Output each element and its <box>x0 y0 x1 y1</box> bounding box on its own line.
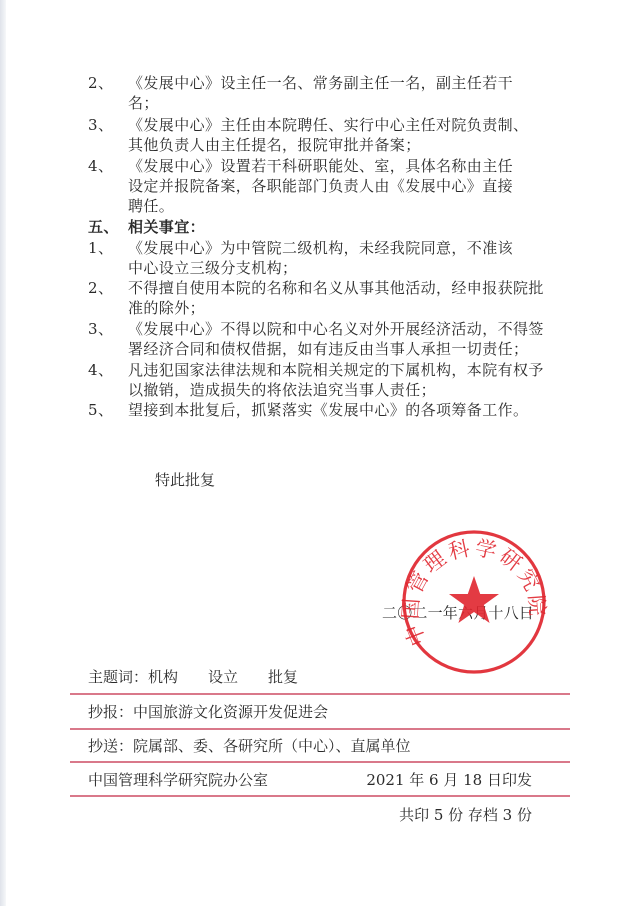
item-text: 望接到本批复后，抓紧落实《发展中心》的各项筹备工作。 <box>128 400 528 420</box>
item-text: 《发展中心》设置若干科研职能处、室，具体名称由主任 <box>128 156 513 176</box>
item-number: 2、 <box>88 73 113 93</box>
item-text: 聘任。 <box>128 196 174 216</box>
item-text: 不得擅自使用本院的名称和名义从事其他活动，经申报获院批 <box>128 278 544 298</box>
item-text: 《发展中心》为中管院二级机构，未经我院同意，不准该 <box>128 238 513 258</box>
footer-rule <box>70 693 570 695</box>
item-number: 3、 <box>88 115 113 135</box>
official-seal-stamp: 中国管理科学研究院 <box>400 528 548 676</box>
item-text: 其他负责人由主任提名，报院审批并备案； <box>128 135 421 155</box>
seal-text: 中国管理科学研究院 <box>400 536 548 650</box>
item-text: 凡违犯国家法律法规和本院相关规定的下属机构，本院有权予 <box>128 360 544 380</box>
item-number: 1、 <box>88 238 113 258</box>
item-text: 设定并报院备案，各职能部门负责人由《发展中心》直接 <box>128 176 513 196</box>
item-number: 2、 <box>88 278 113 298</box>
item-number: 4、 <box>88 360 113 380</box>
item-text: 以撤销，造成损失的将依法追究当事人责任； <box>128 380 436 400</box>
item-number: 5、 <box>88 400 113 420</box>
item-text: 名； <box>128 93 159 113</box>
scan-page-edge <box>0 0 6 906</box>
footer-rule <box>70 761 570 763</box>
item-text: 准的除外； <box>128 298 205 318</box>
issuer: 中国管理科学研究院办公室 <box>88 770 268 790</box>
report-to: 抄报：中国旅游文化资源开发促进会 <box>88 702 328 722</box>
item-text: 署经济合同和债权借据，如有违反由当事人承担一切责任； <box>128 339 528 359</box>
footer-rule <box>70 795 570 797</box>
footer-rule <box>70 728 570 730</box>
subject-words: 主题词：机构 设立 批复 <box>88 667 298 687</box>
item-number: 4、 <box>88 156 113 176</box>
print-date: 2021 年 6 月 18 日印发 <box>366 770 532 790</box>
signature-date: 二〇二一年六月十八日 <box>382 603 534 623</box>
closing-remark: 特此批复 <box>155 470 215 490</box>
item-text: 中心设立三级分支机构； <box>128 258 297 278</box>
section-title: 相关事宜： <box>128 217 205 237</box>
item-text: 《发展中心》不得以院和中心名义对外开展经济活动，不得签 <box>128 319 544 339</box>
item-text: 《发展中心》主任由本院聘任、实行中心主任对院负责制、 <box>128 115 528 135</box>
copy-to: 抄送：院属部、委、各研究所（中心）、直属单位 <box>88 736 411 756</box>
item-text: 《发展中心》设主任一名、常务副主任一名，副主任若干 <box>128 73 513 93</box>
item-number: 3、 <box>88 319 113 339</box>
section-number: 五、 <box>88 217 119 237</box>
svg-text:中国管理科学研究院: 中国管理科学研究院 <box>400 536 548 650</box>
print-copies: 共印 5 份 存档 3 份 <box>399 805 532 825</box>
